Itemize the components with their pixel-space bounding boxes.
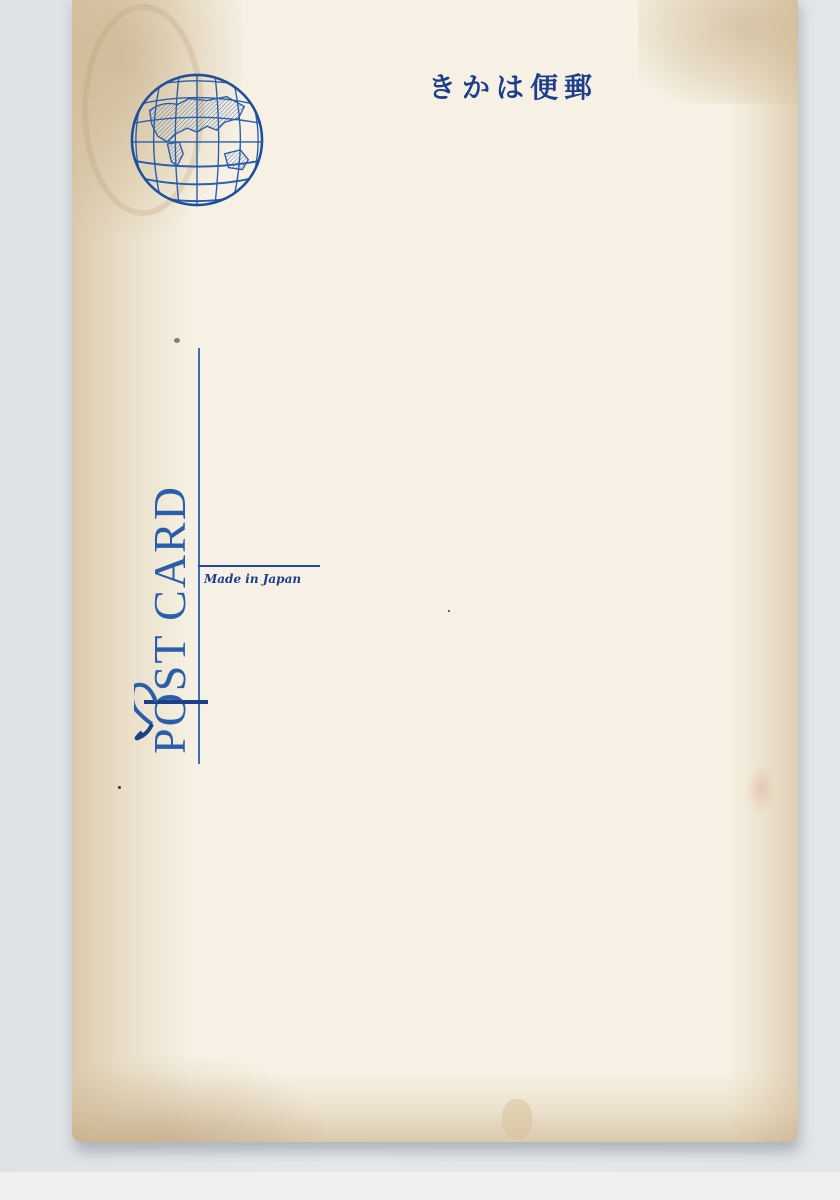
bottom-strip bbox=[0, 1172, 840, 1200]
stain-right bbox=[728, 0, 798, 1142]
stain-bottom bbox=[72, 1072, 798, 1142]
address-divider-horizontal bbox=[198, 565, 320, 567]
speck bbox=[448, 610, 450, 612]
stain-top-right bbox=[638, 0, 798, 104]
speck bbox=[174, 338, 180, 343]
globe-icon bbox=[128, 71, 266, 209]
stain-red bbox=[746, 764, 776, 814]
japanese-heading: 郵便はかき bbox=[358, 66, 598, 106]
speck bbox=[118, 786, 121, 789]
postcard: 郵便はかき Made bbox=[72, 0, 798, 1142]
stain-bottom-mid bbox=[502, 1099, 532, 1139]
made-in-japan-label: Made in Japan bbox=[204, 572, 301, 586]
decorative-p-flourish-icon bbox=[134, 674, 224, 754]
stain-bottom-left bbox=[72, 1052, 332, 1142]
